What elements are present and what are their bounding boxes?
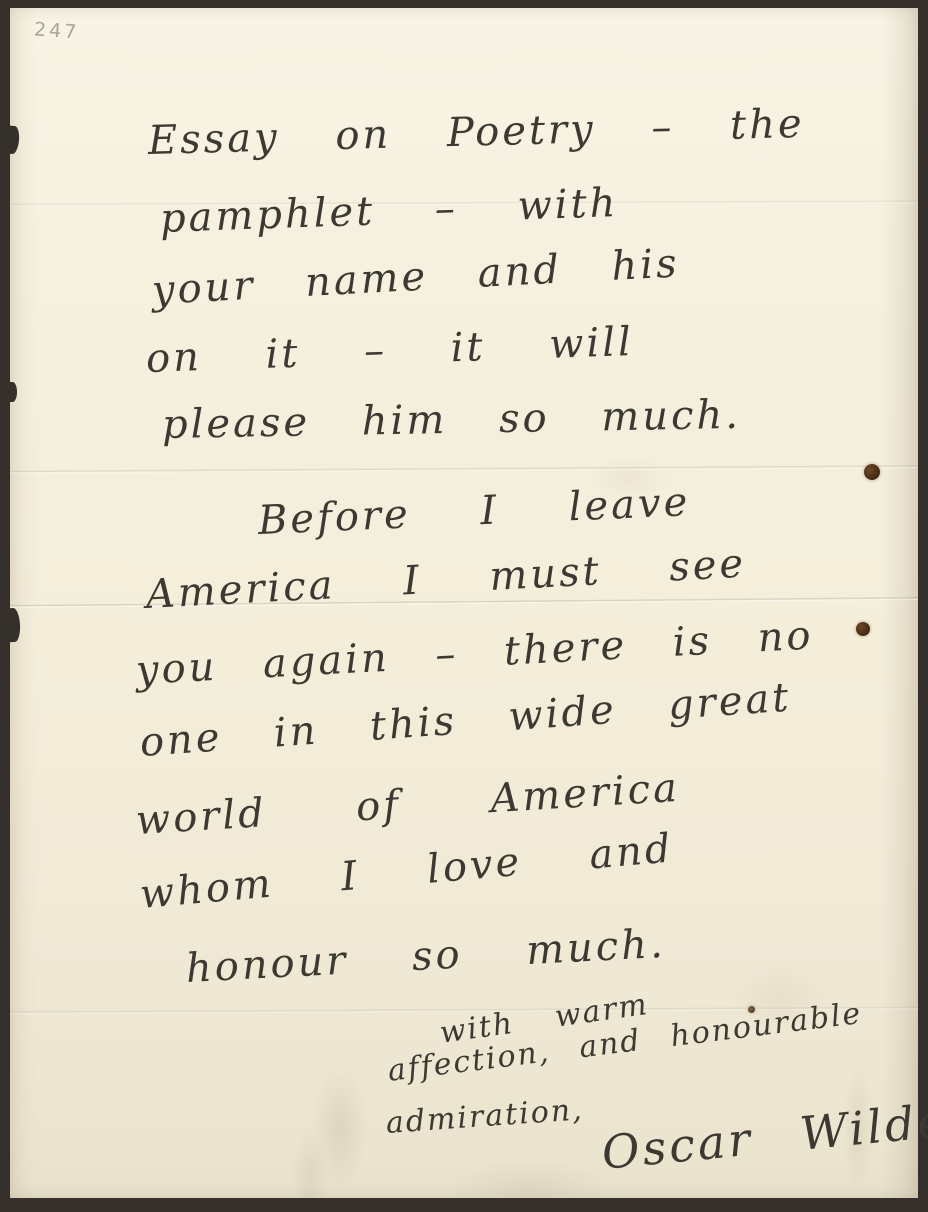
- scanned-letter-frame: 247 Essay on Poetry – the pamphlet – wit…: [0, 0, 928, 1212]
- ink-stain-dot: [864, 464, 880, 480]
- archival-page-number: 247: [33, 18, 80, 43]
- torn-edge-notch: [8, 382, 17, 402]
- ink-stain-dot: [856, 622, 870, 636]
- ink-stain-dot: [748, 1006, 755, 1013]
